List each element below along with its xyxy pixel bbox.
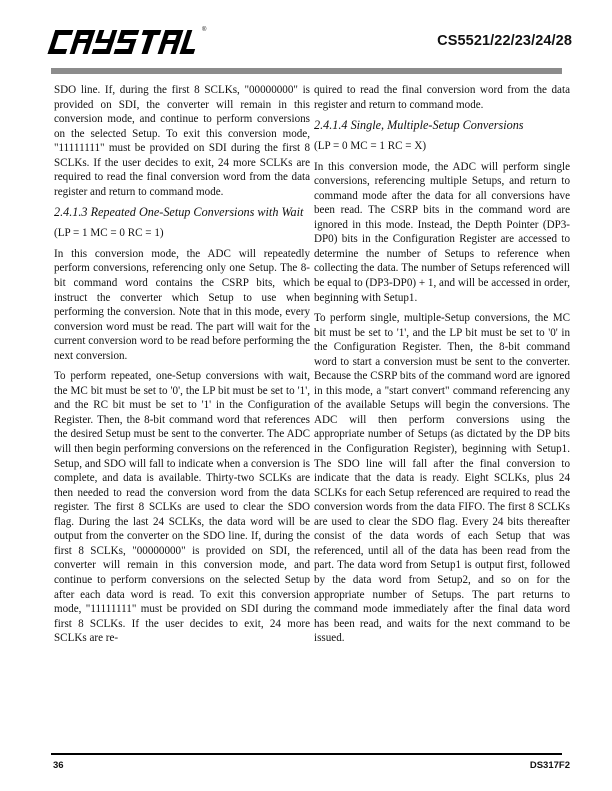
right-column: quired to read the final conversion word… <box>314 83 570 652</box>
part-number: CS5521/22/23/24/28 <box>437 33 572 49</box>
registered-mark: ® <box>202 27 206 33</box>
mode-formula: (LP = 0 MC = 1 RC = X) <box>314 139 570 154</box>
paragraph: To perform single, multiple-Setup conver… <box>314 311 570 646</box>
page-number: 36 <box>53 760 64 771</box>
header-bar <box>51 68 562 74</box>
left-column: SDO line. If, during the first 8 SCLKs, … <box>54 83 310 652</box>
paragraph: quired to read the final conversion word… <box>314 83 570 112</box>
crystal-logo <box>45 28 205 56</box>
section-heading-2-4-1-3: 2.4.1.3 Repeated One-Setup Conversions w… <box>54 205 310 220</box>
document-id: DS317F2 <box>530 760 570 771</box>
section-heading-2-4-1-4: 2.4.1.4 Single, Multiple-Setup Conversio… <box>314 118 570 133</box>
footer-rule <box>51 753 562 755</box>
paragraph: SDO line. If, during the first 8 SCLKs, … <box>54 83 310 199</box>
paragraph: To perform repeated, one-Setup conversio… <box>54 369 310 645</box>
paragraph: In this conversion mode, the ADC will pe… <box>314 160 570 305</box>
mode-formula: (LP = 1 MC = 0 RC = 1) <box>54 226 310 241</box>
paragraph: In this conversion mode, the ADC will re… <box>54 247 310 363</box>
